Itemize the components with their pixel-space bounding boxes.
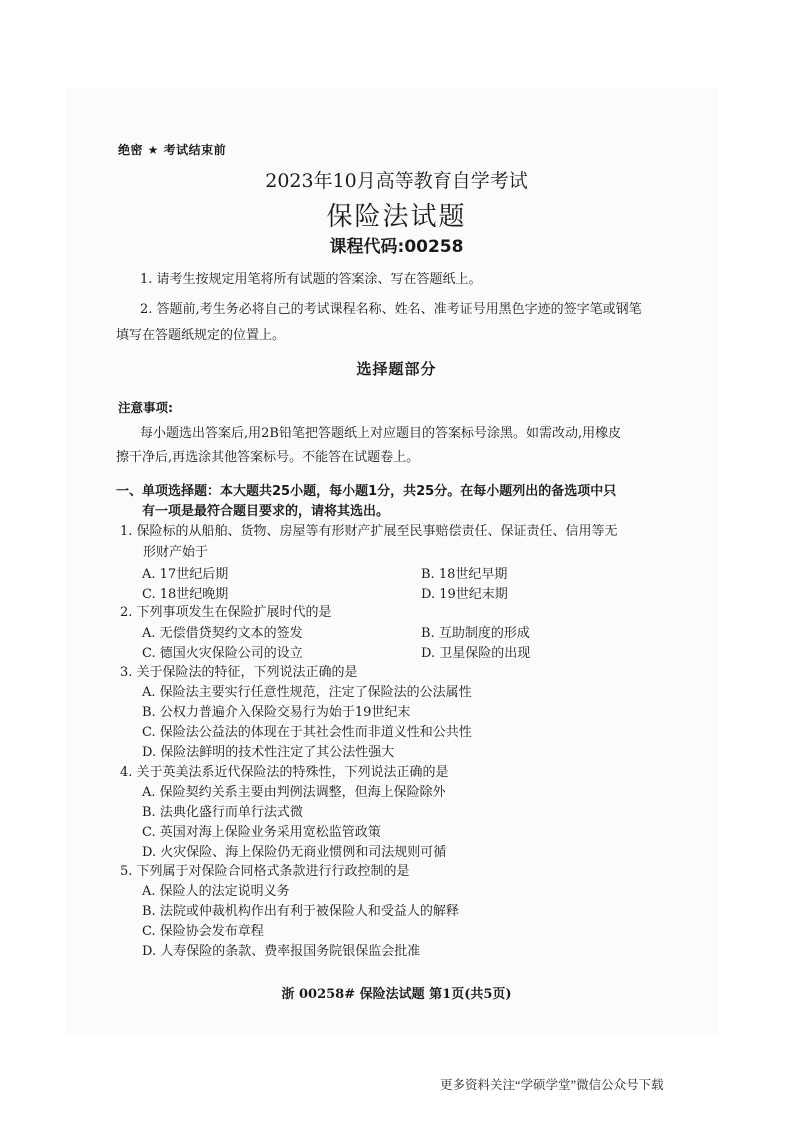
question-1-option-c: C. 18世纪晚期 [142,583,228,602]
part-heading-line-2: 有一项是最符合题目要求的，请将其选出。 [142,500,389,519]
question-5-option-d: D. 人寿保险的条款、费率报国务院银保监会批准 [142,940,420,959]
instruction-1: 1. 请考生按规定用笔将所有试题的答案涂、写在答题纸上。 [140,268,482,287]
notes-line-2: 擦干净后,再选涂其他答案标号。不能答在试题卷上。 [116,446,419,465]
question-3-option-a: A. 保险法主要实行任意性规范，注定了保险法的公法属性 [142,681,472,700]
watermark-text: 更多资料关注“学硕学堂”微信公众号下载 [440,1075,664,1093]
question-4-option-c: C. 英国对海上保险业务采用宽松监管政策 [142,821,381,840]
notes-line-1: 每小题选出答案后,用2B铅笔把答题纸上对应题目的答案标号涂黑。如需改动,用橡皮 [140,422,621,441]
question-3-stem: 3. 关于保险法的特征，下列说法正确的是 [120,661,358,680]
question-5-option-c: C. 保险协会发布章程 [142,920,264,939]
question-4-option-a: A. 保险契约关系主要由判例法调整，但海上保险除外 [142,781,446,800]
course-code: 课程代码:00258 [0,232,793,257]
question-1-stem-cont: 形财产始于 [143,541,208,560]
question-2-option-b: B. 互助制度的形成 [421,622,530,641]
question-3-option-d: D. 保险法鲜明的技术性注定了其公法性强大 [142,741,394,760]
question-2-option-c: C. 德国火灾保险公司的设立 [142,642,303,661]
question-5-option-b: B. 法院或仲裁机构作出有利于被保险人和受益人的解释 [142,900,459,919]
question-1-option-a: A. 17世纪后期 [142,563,228,582]
question-1-option-d: D. 19世纪末期 [421,583,508,602]
instruction-2-cont: 填写在答题纸规定的位置上。 [116,324,285,343]
part-heading-line-1: 一、单项选择题：本大题共25小题，每小题1分，共25分。在每小题列出的备选项中只 [116,480,616,499]
secret-mark: 绝密 ★ 考试结束前 [118,141,226,158]
notes-heading: 注意事项: [118,398,173,416]
instruction-2: 2. 答题前,考生务必将自己的考试课程名称、姓名、准考证号用黑色字迹的签字笔或钢… [140,298,642,317]
question-5-option-a: A. 保险人的法定说明义务 [142,880,290,899]
question-1-option-b: B. 18世纪早期 [421,563,507,582]
question-2-option-d: D. 卫星保险的出现 [421,642,530,661]
question-1-stem: 1. 保险标的从船舶、货物、房屋等有形财产扩展至民事赔偿责任、保证责任、信用等无 [120,520,618,539]
exam-title: 2023年10月高等教育自学考试 [0,166,793,193]
question-5-stem: 5. 下列属于对保险合同格式条款进行行政控制的是 [120,860,410,879]
question-4-option-d: D. 火灾保险、海上保险仍无商业惯例和司法规则可循 [142,841,446,860]
section-title: 选择题部分 [0,358,793,379]
question-2-stem: 2. 下列事项发生在保险扩展时代的是 [120,601,332,620]
question-3-option-b: B. 公权力普遍介入保险交易行为始于19世纪末 [142,701,410,720]
question-4-stem: 4. 关于英美法系近代保险法的特殊性，下列说法正确的是 [120,761,449,780]
question-4-option-b: B. 法典化盛行而单行法式微 [142,801,303,820]
question-3-option-c: C. 保险法公益法的体现在于其社会性而非道义性和公共性 [142,721,472,740]
page-footer: 浙 00258# 保险法试题 第1页(共5页) [0,983,793,1002]
subject-title: 保险法试题 [0,196,793,233]
question-2-option-a: A. 无偿借贷契约文本的签发 [142,622,303,641]
